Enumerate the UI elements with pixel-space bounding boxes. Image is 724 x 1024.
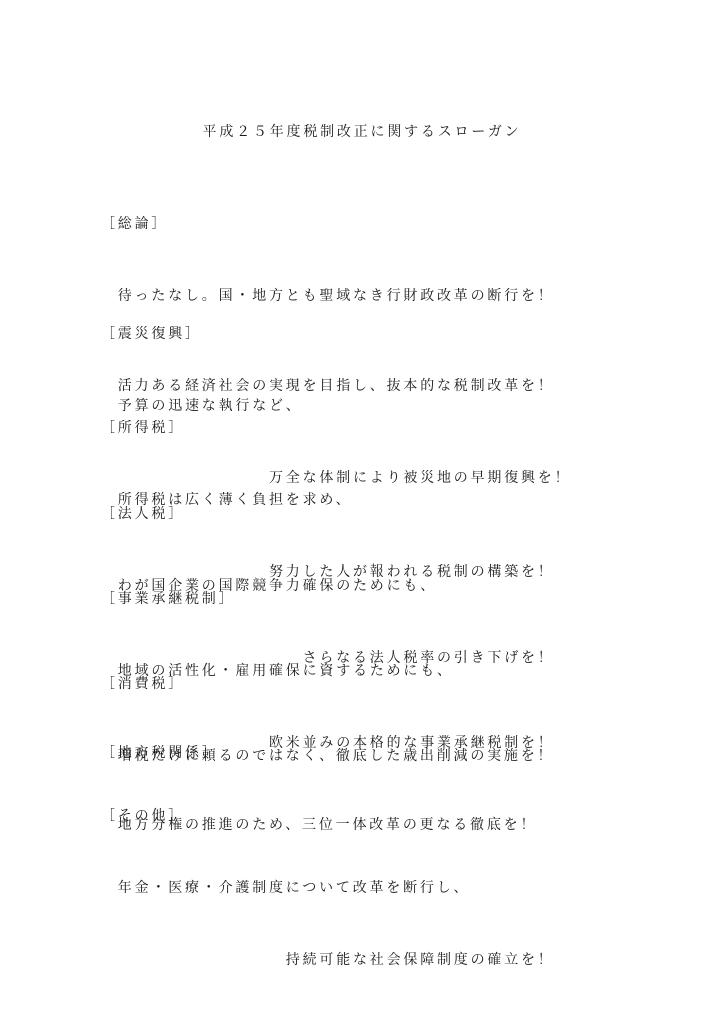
section-heading: ［その他］	[101, 803, 704, 827]
document-title: 平成２５年度税制改正に関するスローガン	[0, 119, 724, 143]
section-heading: ［事業承継税制］	[101, 586, 704, 610]
slogan-line: 持続可能な社会保障制度の確立を！	[101, 947, 704, 971]
slogan-line: 年金・医療・介護制度について改革を断行し、	[101, 875, 704, 899]
section-other: ［その他］ 年金・医療・介護制度について改革を断行し、 持続可能な社会保障制度の…	[101, 755, 704, 1019]
section-heading: ［法人税］	[101, 501, 704, 525]
section-heading: ［震災復興］	[101, 321, 704, 345]
section-heading: ［所得税］	[101, 415, 704, 439]
section-heading: ［総論］	[101, 211, 704, 235]
document-page: 平成２５年度税制改正に関するスローガン ［総論］ 待ったなし。国・地方とも聖域な…	[0, 0, 724, 1024]
